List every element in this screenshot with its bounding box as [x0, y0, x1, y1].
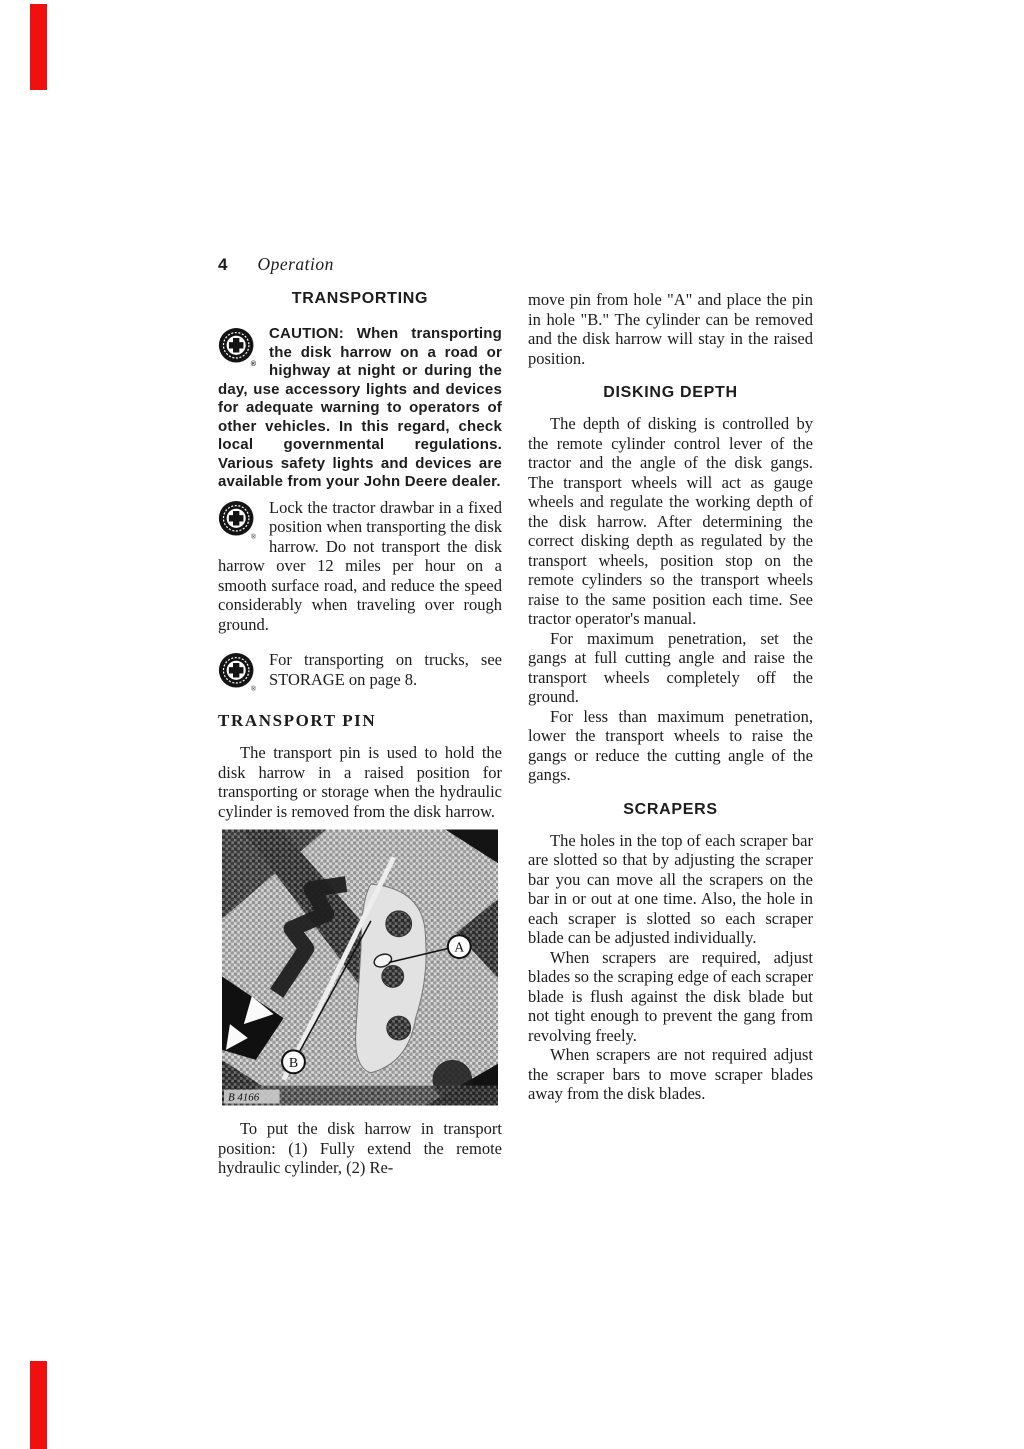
continued-paragraph: move pin from hole "A" and place the pin…	[528, 290, 813, 368]
caution-transport-text: CAUTION: When transporting the disk harr…	[218, 325, 502, 490]
scrapers-paragraph-1: The holes in the top of each scraper bar…	[528, 831, 813, 948]
scrapers-paragraph-3: When scrapers are not required adjust th…	[528, 1045, 813, 1104]
green-cross-safety-icon: ®	[218, 652, 258, 694]
caution-trucks-paragraph: ® For transporting on trucks, see STORAG…	[218, 650, 502, 696]
section-title: Operation	[257, 254, 333, 274]
caution-trucks-text: For transporting on trucks, see STORAGE …	[269, 650, 502, 689]
transporting-heading: TRANSPORTING	[218, 290, 502, 308]
caution-transport-paragraph: ® CAUTION: When transporting the disk ha…	[218, 325, 502, 492]
registered-mark: ®	[251, 359, 257, 368]
scrapers-heading: SCRAPERS	[528, 801, 813, 819]
photo-id-label: B 4166	[228, 1092, 260, 1104]
green-cross-safety-icon: ®	[218, 500, 258, 542]
transport-position-paragraph: To put the disk harrow in transport posi…	[218, 1119, 502, 1178]
left-column: 4 Operation TRANSPORTING ® CAUTION: When…	[218, 0, 502, 1178]
photo-hole	[387, 1016, 411, 1040]
page-header: 4 Operation	[218, 254, 502, 276]
callout-b-label: B	[289, 1056, 298, 1071]
caution-drawbar-paragraph: ® Lock the tractor drawbar in a fixed po…	[218, 498, 502, 635]
photo-hole	[382, 966, 404, 988]
equipment-photo-illustration: A B B 4166	[222, 829, 498, 1106]
scan-mark-bottom	[30, 1361, 47, 1449]
disking-depth-heading: DISKING DEPTH	[528, 384, 813, 402]
disking-paragraph-1: The depth of disking is controlled by th…	[528, 414, 813, 629]
registered-mark: ®	[251, 685, 257, 693]
transport-pin-paragraph: The transport pin is used to hold the di…	[218, 743, 502, 821]
scan-mark-top	[30, 4, 47, 90]
registered-mark: ®	[251, 533, 257, 541]
green-cross-safety-icon: ®	[218, 327, 258, 369]
callout-a-label: A	[454, 941, 464, 956]
manual-page: 4 Operation TRANSPORTING ® CAUTION: When…	[0, 0, 1024, 1449]
photo-hole	[386, 911, 412, 937]
page-number: 4	[218, 255, 227, 274]
transport-pin-photo: A B B 4166	[222, 829, 498, 1106]
disking-paragraph-2: For maximum penetration, set the gangs a…	[528, 629, 813, 707]
right-column: move pin from hole "A" and place the pin…	[528, 0, 813, 1104]
disking-paragraph-3: For less than maximum penetration, lower…	[528, 707, 813, 785]
scrapers-paragraph-2: When scrapers are required, adjust blade…	[528, 948, 813, 1046]
caution-drawbar-text: Lock the tractor drawbar in a fixed posi…	[218, 498, 502, 634]
transport-pin-heading: TRANSPORT PIN	[218, 711, 502, 731]
